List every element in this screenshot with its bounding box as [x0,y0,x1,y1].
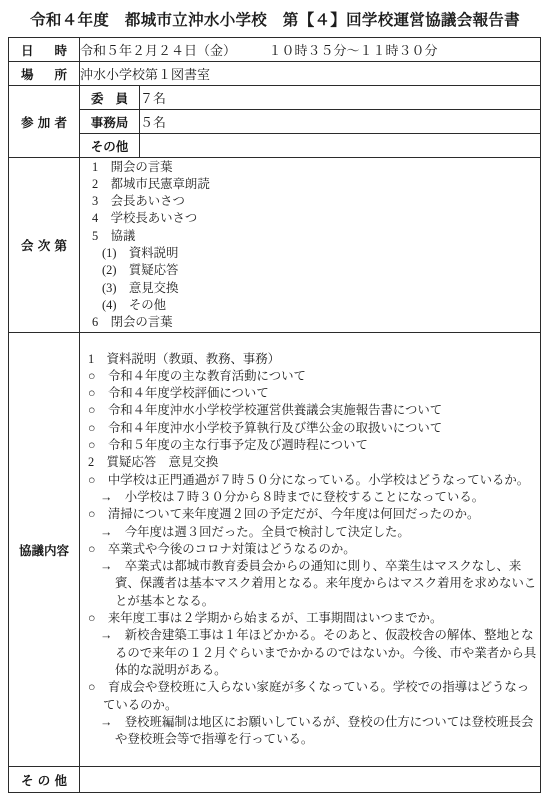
participants-other-value [140,134,541,158]
discussion-item: ○ 令和５年度の主な行事予定及び週時程について [80,437,540,454]
discussion-item: → 登校班編制は地区にお願いしているが、登校の仕方については登校班長会や登校班会… [80,714,540,749]
agenda-item: 1 開会の言葉 [80,159,540,176]
discussion-item: → 小学校は７時３０分から８時までに登校することになっている。 [80,489,540,506]
agenda-item: (3) 意見交換 [80,280,540,297]
members-label-cell: 委員 [80,86,140,110]
discussion-cell: 1 資料説明（教頭、教務、事務）○ 令和４年度の主な教育活動について○ 令和４年… [80,333,541,767]
participants-label-cell: 参加者 [9,86,80,158]
row-participants-other: その他 [9,134,541,158]
discussion-list: 1 資料説明（教頭、教務、事務）○ 令和４年度の主な教育活動について○ 令和４年… [80,351,540,749]
agenda-item: 2 都城市民憲章朗読 [80,176,540,193]
discussion-item: ○ 卒業式や今後のコロナ対策はどうなるのか。 [80,541,540,558]
row-discussion: 協議内容 1 資料説明（教頭、教務、事務）○ 令和４年度の主な教育活動について○… [9,333,541,767]
datetime-value: 令和５年２月２４日（金） １０時３５分～１１時３０分 [80,38,541,62]
row-participants-secretariat: 事務局 ５名 [9,110,541,134]
discussion-item: → 新校舎建築工事は１年ほどかかる。そのあと、仮設校舎の解体、整地となるので来年… [80,627,540,679]
agenda-item: 3 会長あいさつ [80,193,540,210]
discussion-item: ○ 来年度工事は２学期から始まるが、工事期間はいつまでか。 [80,610,540,627]
secretariat-label: 事務局 [80,113,139,131]
place-value: 沖水小学校第１図書室 [80,62,541,86]
participants-label: 参加者 [9,113,79,131]
agenda-item: (1) 資料説明 [80,245,540,262]
agenda-item: 5 協議 [80,228,540,245]
discussion-label-cell: 協議内容 [9,333,80,767]
secretariat-label-cell: 事務局 [80,110,140,134]
agenda-cell: 1 開会の言葉2 都城市民憲章朗読3 会長あいさつ4 学校長あいさつ5 協議(1… [80,158,541,333]
discussion-item: → 卒業式は都城市教育委員会からの通知に則り、卒業生はマスクなし、来賓、保護者は… [80,558,540,610]
discussion-item: 2 質疑応答 意見交換 [80,454,540,471]
other-label-cell: その他 [9,767,80,793]
other-value [80,767,541,793]
agenda-item: 4 学校長あいさつ [80,210,540,227]
discussion-item: ○ 育成会や登校班に入らない家庭が多くなっている。学校での指導はどうなっているの… [80,679,540,714]
agenda-item: (4) その他 [80,297,540,314]
secretariat-count: ５名 [140,110,541,134]
page-title: 令和４年度 都城市立沖水小学校 第【４】回学校運営協議会報告書 [8,8,542,30]
participants-other-label: その他 [80,137,139,155]
discussion-item: ○ 令和４年度学校評価について [80,385,540,402]
discussion-item: ○ 令和４年度の主な教育活動について [80,368,540,385]
row-place: 場所 沖水小学校第１図書室 [9,62,541,86]
members-label: 委員 [80,89,139,107]
row-datetime: 日時 令和５年２月２４日（金） １０時３５分～１１時３０分 [9,38,541,62]
place-label: 場所 [9,65,79,83]
participants-other-label-cell: その他 [80,134,140,158]
discussion-label: 協議内容 [9,541,79,559]
agenda-list: 1 開会の言葉2 都城市民憲章朗読3 会長あいさつ4 学校長あいさつ5 協議(1… [80,159,540,332]
agenda-item: (2) 質疑応答 [80,262,540,279]
members-count: ７名 [140,86,541,110]
row-participants-members: 参加者 委員 ７名 [9,86,541,110]
datetime-label: 日時 [9,41,79,59]
agenda-item: 6 閉会の言葉 [80,314,540,331]
row-agenda: 会次第 1 開会の言葉2 都城市民憲章朗読3 会長あいさつ4 学校長あいさつ5 … [9,158,541,333]
discussion-item: ○ 中学校は正門通過が７時５０分になっている。小学校はどうなっているか。 [80,472,540,489]
report-document: 令和４年度 都城市立沖水小学校 第【４】回学校運営協議会報告書 日時 令和５年２… [0,0,550,793]
discussion-item: → 今年度は週３回だった。全員で検討して決定した。 [80,524,540,541]
datetime-label-cell: 日時 [9,38,80,62]
discussion-item: 1 資料説明（教頭、教務、事務） [80,351,540,368]
report-table: 日時 令和５年２月２４日（金） １０時３５分～１１時３０分 場所 沖水小学校第１… [8,37,541,793]
other-label: その他 [9,771,79,789]
row-other: その他 [9,767,541,793]
discussion-item: ○ 清掃について来年度週２回の予定だが、今年度は何回だったのか。 [80,506,540,523]
discussion-item: ○ 令和４年度沖水小学校予算執行及び準公金の取扱いについて [80,420,540,437]
discussion-item: ○ 令和４年度沖水小学校学校運営供養議会実施報告書について [80,402,540,419]
agenda-label-cell: 会次第 [9,158,80,333]
agenda-label: 会次第 [9,236,79,254]
place-label-cell: 場所 [9,62,80,86]
